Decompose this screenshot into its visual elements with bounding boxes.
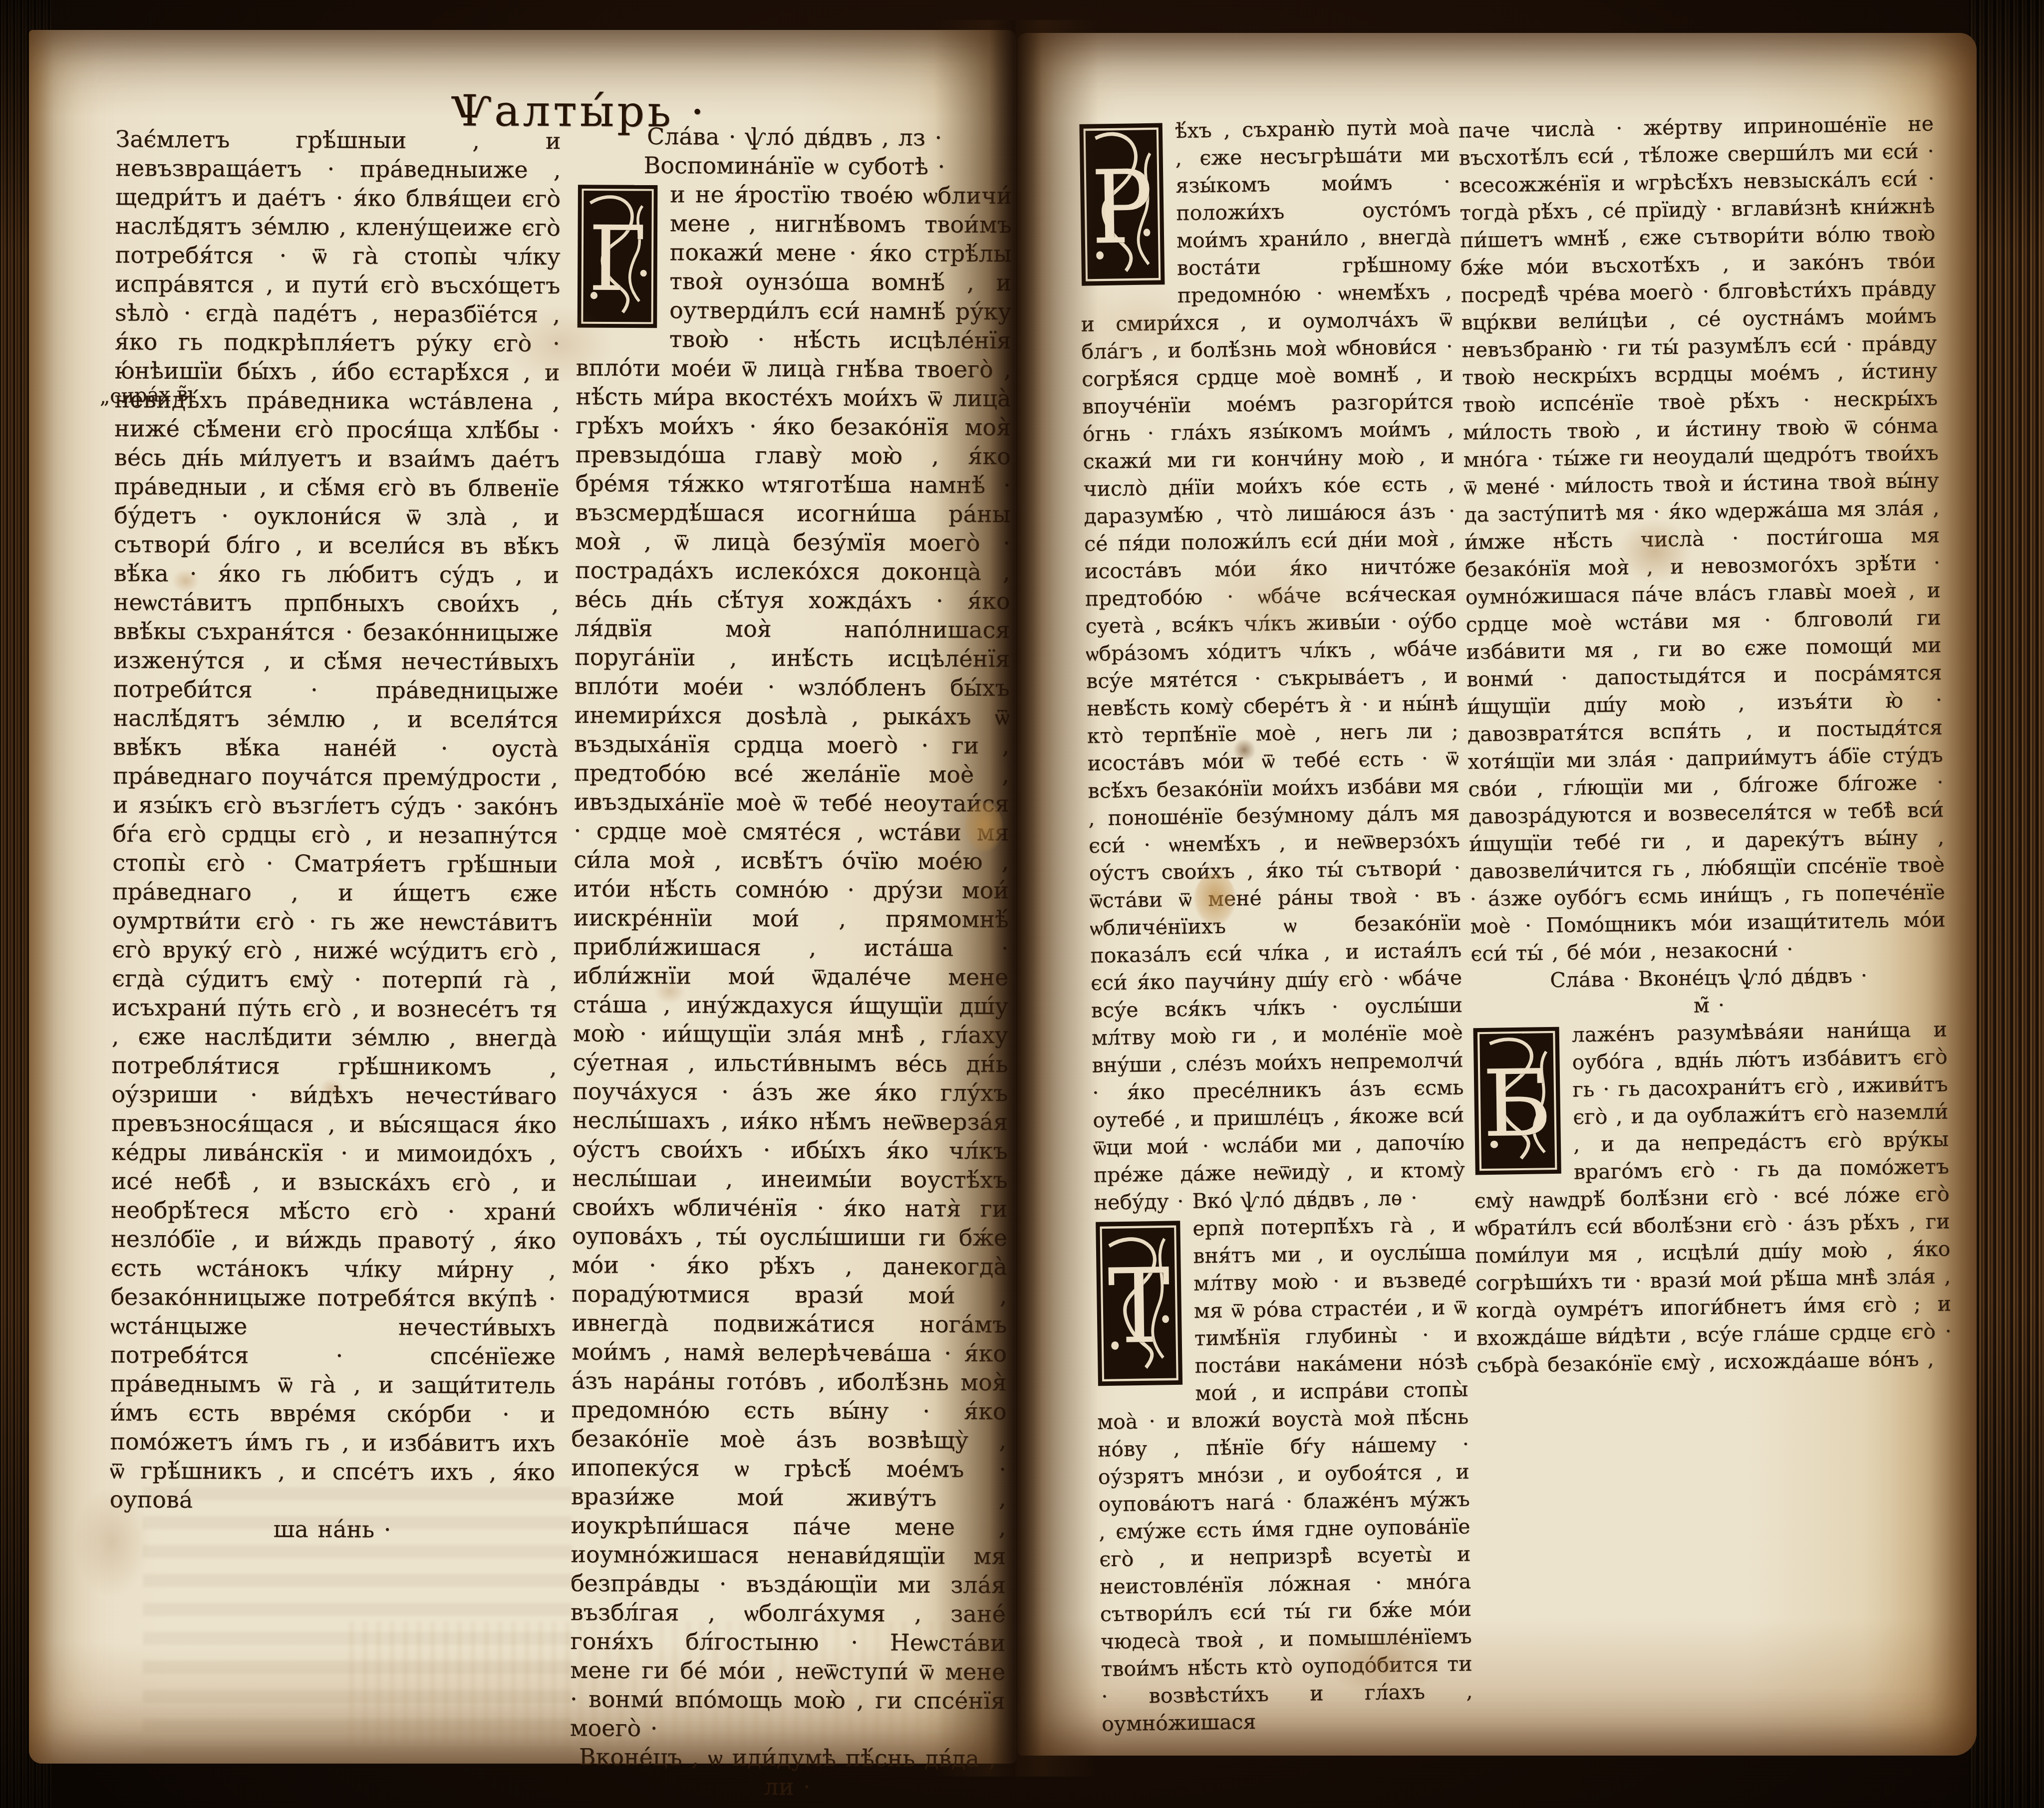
psalm-39-continued-text: паче числа̀ · же́ртву иприноше́нїе не въ… xyxy=(1458,110,1946,968)
ornate-initial-g-icon: Г xyxy=(576,183,659,329)
right-page: + ка̀ , ѕ̃ · ли̑ и̃ єсро̃ і Р xyxy=(1017,33,1977,1756)
psalm-37-text: и не я́ростїю твое́ю ѡбличи́ мене , нигн… xyxy=(570,181,1012,1742)
psalm-38-paragraph: Р ѣ́хъ , съхраню̀ путѝ моа̀ , єже несъгр… xyxy=(1078,113,1465,1217)
right-page-column-1: Р ѣ́хъ , съхраню̀ путѝ моа̀ , єже несъгр… xyxy=(1078,113,1473,1738)
psalm-36-tail: ша на́нь · xyxy=(109,1514,555,1545)
left-page-column-2: Сла́ва · ѱло́ дв́двъ , лз · Воспомина́нї… xyxy=(570,121,1012,1802)
svg-text:Т: Т xyxy=(1107,1246,1171,1367)
psalm-36-text: Зає́млетъ грѣ́шныи , и невъзвраща́етъ · … xyxy=(110,124,561,1516)
svg-text:Р: Р xyxy=(1091,148,1154,267)
left-page-column-1: Зає́млетъ грѣ́шныи , и невъзвраща́етъ · … xyxy=(109,124,561,1545)
ornate-initial-t-icon: Т xyxy=(1094,1219,1184,1388)
ornate-initial-b-icon: Б xyxy=(1471,1026,1562,1177)
psalm-39-rubric: Вко́ ѱло́ дв́двъ , лѳ · xyxy=(1192,1186,1417,1213)
right-page-column-2: паче числа̀ · же́ртву иприноше́нїе не въ… xyxy=(1458,110,1952,1379)
psalm-39-paragraph: Т ерпя̀ потерпѣ́хъ га̀ , и вня́тъ ми , и… xyxy=(1094,1211,1473,1738)
svg-text:Г: Г xyxy=(588,207,646,311)
book-photo: Ѱалты́рь · „сира́х в̃ Зає́млетъ грѣ́шныи… xyxy=(0,0,2044,1808)
ornate-initial-r-icon: Р xyxy=(1078,121,1167,287)
psalm-37-rubric: Сла́ва · ѱло́ дв́двъ , лз · Воспомина́нї… xyxy=(577,121,1012,181)
psalm-37-paragraph: Г и не я́ростїю твое́ю ѡбличи́ мене , ни… xyxy=(570,179,1012,1744)
svg-text:Б: Б xyxy=(1481,1050,1553,1158)
left-page: Ѱалты́рь · „сира́х в̃ Зає́млетъ грѣ́шныи… xyxy=(29,30,1016,1764)
psalm-40-paragraph: Б лаже́нъ разумѣва́яи нани́ща и оубо́га … xyxy=(1471,1016,1952,1379)
psalm-38-rubric: Вконе́цъ , ѡ иди́думѣ пѣ́снь дв́да , ли … xyxy=(570,1742,1005,1802)
